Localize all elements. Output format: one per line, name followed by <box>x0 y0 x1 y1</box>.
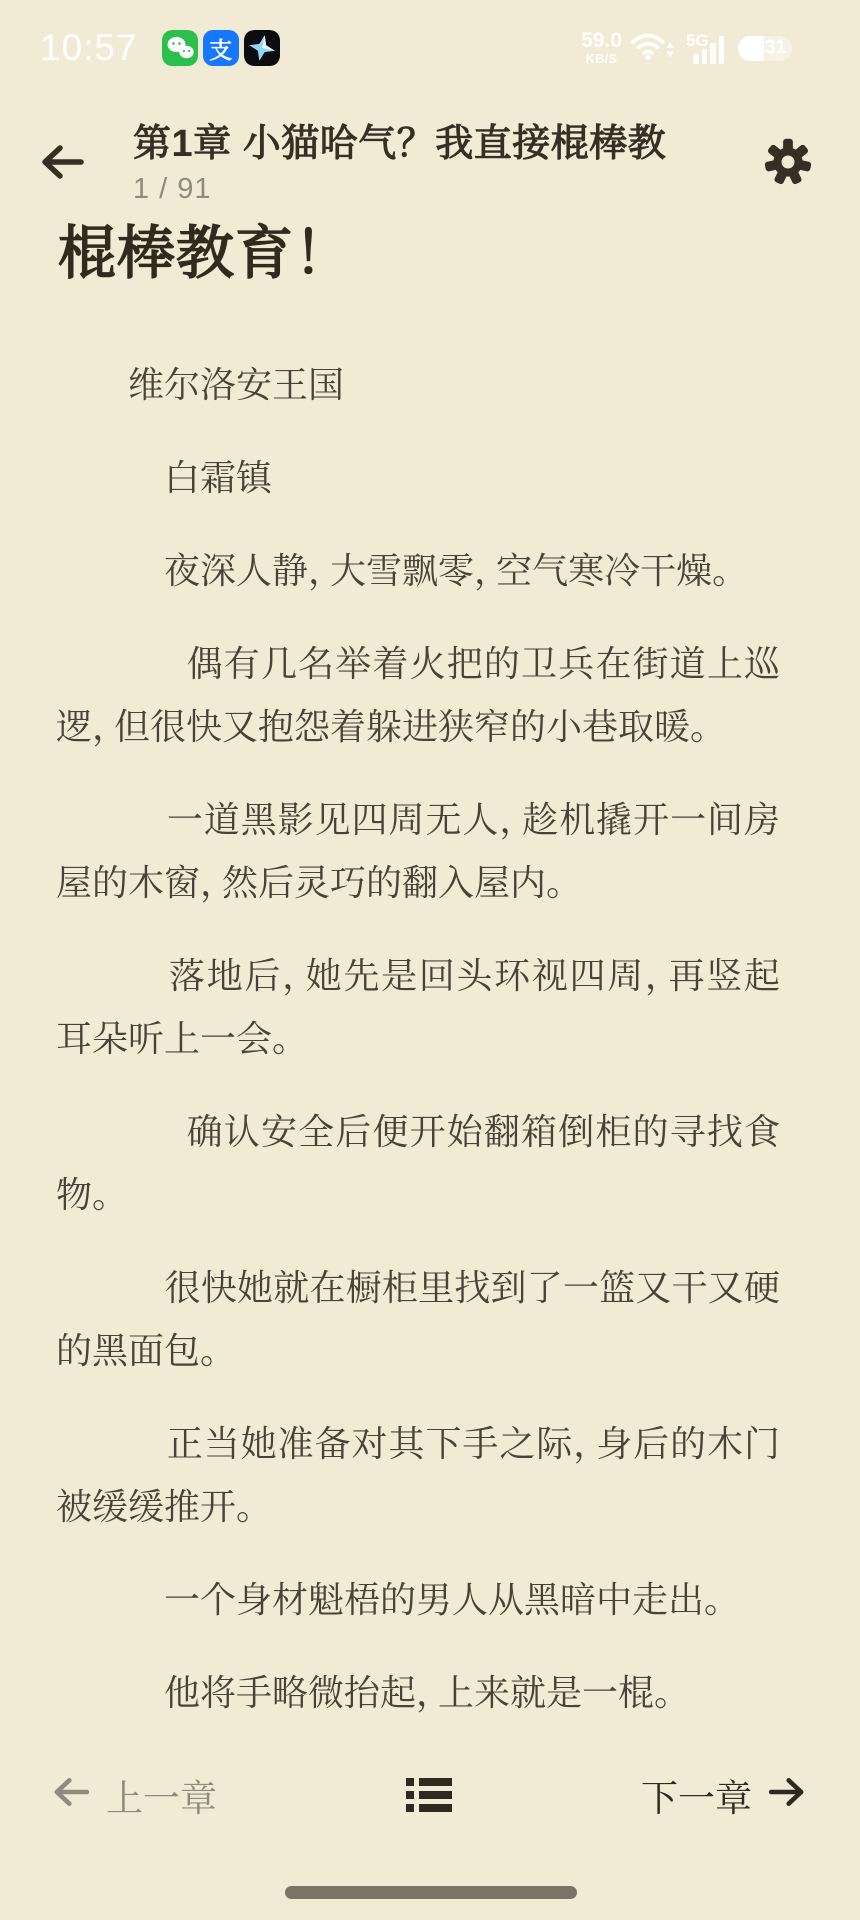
battery-percent: 31 <box>765 37 786 59</box>
paragraph: 维尔洛安王国 <box>56 353 780 416</box>
back-button[interactable] <box>40 144 84 183</box>
network-speed-value: 59.0 <box>581 30 622 51</box>
paragraph: 一个身材魁梧的男人从黑暗中走出。 <box>56 1568 780 1631</box>
paragraph: 他将手略微抬起，上来就是一棍。 <box>56 1661 780 1724</box>
alipay-glyph: 支 <box>209 32 232 65</box>
next-arrow-icon <box>768 1774 806 1816</box>
status-indicators: 59.0 KB/S 5G <box>581 30 792 66</box>
alipay-icon: 支 <box>203 30 239 66</box>
next-chapter-label: 下一章 <box>641 1768 752 1822</box>
network-speed-unit: KB/S <box>586 53 618 66</box>
chapter-content: 维尔洛安王国 白霜镇 夜深人静，大雪飘零，空气寒冷干燥。 偶有几名举着火把的卫兵… <box>56 353 780 1754</box>
paragraph: 偶有几名举着火把的卫兵在街道上巡逻，但很快又抱怨着躲进狭窄的小巷取暖。 <box>56 632 780 758</box>
gear-icon <box>762 176 814 191</box>
settings-button[interactable] <box>762 136 814 191</box>
wechat-icon <box>162 30 198 66</box>
paragraph: 落地后，她先是回头环视四周，再竖起耳朵听上一会。 <box>56 944 780 1070</box>
paragraph: 夜深人静，大雪飘零，空气寒冷干燥。 <box>56 539 780 602</box>
battery-icon: 31 <box>738 36 792 61</box>
paragraph: 确认安全后便开始翻箱倒柜的寻找食物。 <box>56 1100 780 1226</box>
signal-bars <box>693 36 724 64</box>
cellular-signal-icon: 5G <box>686 32 730 64</box>
wifi-icon <box>630 31 678 66</box>
paragraph: 一道黑影见四周无人，趁机撬开一间房屋的木窗，然后灵巧的翻入屋内。 <box>56 788 780 914</box>
next-chapter-button[interactable]: 下一章 <box>641 1768 806 1822</box>
catalog-button[interactable] <box>406 1778 452 1812</box>
paragraph: 白霜镇 <box>56 446 780 509</box>
chapter-title: 第1章 小猫哈气？我直接棍棒教 <box>133 112 666 167</box>
status-bar: 10:57 支 <box>0 0 860 96</box>
list-icon <box>406 1778 452 1786</box>
star-app-icon <box>244 30 280 66</box>
reader-screen: 10:57 支 <box>0 0 860 1920</box>
paragraph: 很快她就在橱柜里找到了一篮又干又硬的黑面包。 <box>56 1256 780 1382</box>
paragraph: 正当她准备对其下手之际，身后的木门被缓缓推开。 <box>56 1412 780 1538</box>
page-indicator: 1 / 91 <box>133 173 666 206</box>
footer-nav: 上一章 下一章 <box>52 1762 806 1828</box>
notification-app-icons: 支 <box>162 30 280 66</box>
prev-chapter-label: 上一章 <box>106 1768 217 1822</box>
prev-arrow-icon <box>52 1774 90 1816</box>
chapter-header: 第1章 小猫哈气？我直接棍棒教 1 / 91 <box>133 112 666 206</box>
battery-fill <box>738 36 764 61</box>
back-arrow-icon <box>40 168 84 183</box>
network-speed: 59.0 KB/S <box>581 30 622 66</box>
status-time: 10:57 <box>40 27 138 69</box>
home-indicator[interactable] <box>285 1886 577 1899</box>
chapter-heading: 棍棒教育！ <box>58 222 353 286</box>
prev-chapter-button[interactable]: 上一章 <box>52 1768 217 1822</box>
